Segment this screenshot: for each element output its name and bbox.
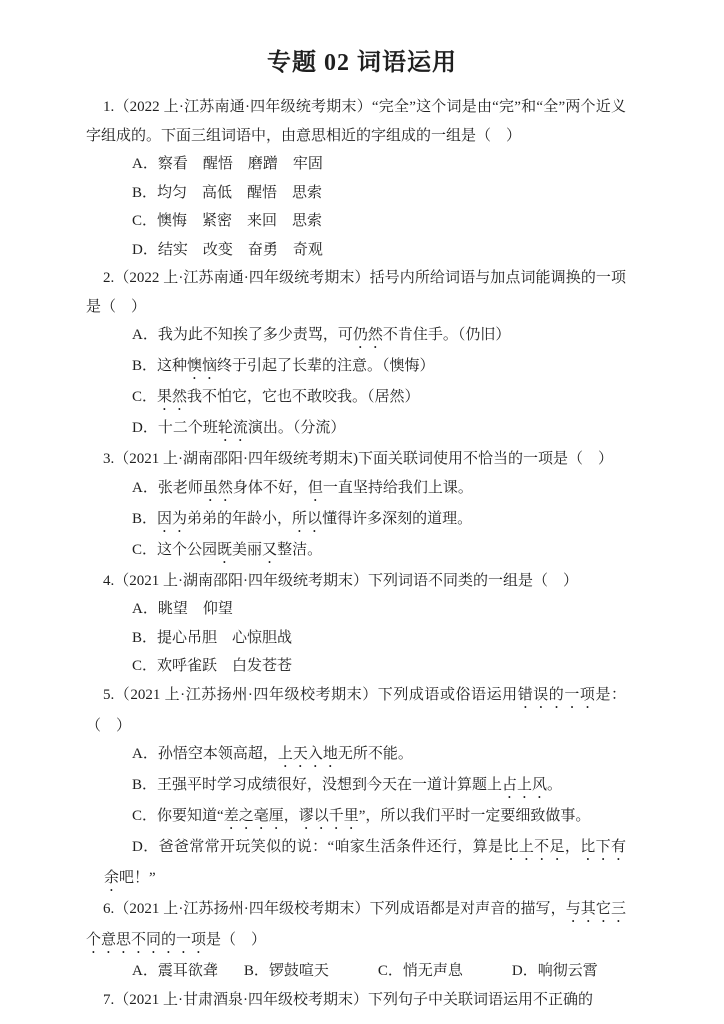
text-segment: 震耳欲聋 — [158, 963, 218, 979]
option-label: B． — [244, 963, 269, 979]
text-segment: 身体不好， — [233, 480, 308, 496]
text-segment: 3.（2021 上·湖南邵阳·四年级统考期末)下面关联词使用不恰当的一项是（ ） — [103, 451, 613, 467]
option-label: B． — [132, 185, 157, 201]
text-segment: 提心吊胆 心惊胆战 — [157, 630, 292, 646]
question-1-option-B: B．均匀 高低 醒悟 思索 — [86, 179, 626, 208]
emphasized-text: 错误的一项 — [518, 687, 596, 703]
text-segment: 张老师 — [158, 480, 203, 496]
text-segment: 这个公园 — [157, 542, 217, 558]
emphasized-text: 上天入地 — [278, 746, 338, 762]
emphasized-text: 轮流 — [218, 420, 248, 436]
text-segment: 弟弟的年龄小， — [187, 511, 292, 527]
option-label: C． — [132, 808, 157, 824]
text-segment: 我不怕它，它也不敢咬我。（居然） — [187, 389, 420, 405]
text-segment: 察看 醒悟 磨蹭 牢固 — [158, 156, 323, 172]
page-title: 专题 02 词语运用 — [0, 42, 724, 77]
question-1-header: 1.（2022 上·江苏南通·四年级统考期末）“完全”这个词是由“完”和“全”两… — [86, 93, 626, 150]
text-segment: 6.（2021 上·江苏扬州·四年级校考期末）下列成语都是对声音的描写， — [103, 901, 566, 917]
text-segment: 均匀 高低 醒悟 思索 — [157, 185, 322, 201]
option-label: A． — [132, 480, 158, 496]
question-4-option-A: A．眺望 仰望 — [86, 595, 626, 624]
question-5: 5.（2021 上·江苏扬州·四年级校考期末）下列成语或俗语运用错误的一项是：（… — [86, 681, 626, 896]
text-segment: 不肯住手。（仍旧） — [383, 327, 511, 343]
question-4-header: 4.（2021 上·湖南邵阳·四年级统考期末）下列词语不同类的一组是（ ） — [86, 567, 626, 596]
question-7: 7.（2021 上·甘肃酒泉·四年级校考期末）下列句子中关联词语运用不正确的 — [86, 986, 626, 1015]
question-1-option-A: A．察看 醒悟 磨蹭 牢固 — [86, 150, 626, 179]
text-segment: 爸爸常常开玩笑似的说：“咱家生活条件还行，算是 — [159, 839, 504, 855]
text-segment: 7.（2021 上·甘肃酒泉·四年级校考期末）下列句子中关联词语运用不正确的 — [103, 992, 593, 1008]
option-label: D． — [132, 242, 158, 258]
option-label: D． — [132, 839, 159, 855]
question-5-header: 5.（2021 上·江苏扬州·四年级校考期末）下列成语或俗语运用错误的一项是：（… — [86, 681, 626, 741]
option-label: C． — [132, 389, 157, 405]
option-label: A． — [132, 156, 158, 172]
emphasized-text: 因为 — [157, 511, 187, 527]
emphasized-text: 果然 — [157, 389, 187, 405]
option-label: A． — [132, 746, 158, 762]
question-6-option-C: C．悄无声息 — [378, 963, 463, 979]
text-segment: 整洁。 — [277, 542, 322, 558]
option-label: B． — [132, 511, 157, 527]
option-label: B． — [132, 630, 157, 646]
question-4: 4.（2021 上·湖南邵阳·四年级统考期末）下列词语不同类的一组是（ ）A．眺… — [86, 567, 626, 681]
text-segment: 演出。（分流） — [248, 420, 346, 436]
text-segment: ”，所以我们平时一定要细致做事。 — [359, 808, 591, 824]
text-segment: 懂得许多深刻的道理。 — [322, 511, 472, 527]
question-6-option-B: B．锣鼓喧天 — [244, 963, 329, 979]
text-segment: 锣鼓喧天 — [269, 963, 329, 979]
question-2-option-D: D．十二个班轮流演出。（分流） — [86, 414, 626, 445]
question-5-option-A: A．孙悟空本领高超，上天入地无所不能。 — [86, 740, 626, 771]
question-1-option-D: D．结实 改变 奋勇 奇观 — [86, 236, 626, 265]
text-segment: 一直坚持给我们上课。 — [323, 480, 473, 496]
question-6: 6.（2021 上·江苏扬州·四年级校考期末）下列成语都是对声音的描写，与其它三… — [86, 895, 626, 986]
text-segment: 十二个班 — [158, 420, 218, 436]
question-3: 3.（2021 上·湖南邵阳·四年级统考期末)下面关联词使用不恰当的一项是（ ）… — [86, 445, 626, 567]
question-2-option-B: B．这种懊恼终于引起了长辈的注意。（懊悔） — [86, 352, 626, 383]
question-1: 1.（2022 上·江苏南通·四年级统考期末）“完全”这个词是由“完”和“全”两… — [86, 93, 626, 264]
text-segment: 1.（2022 上·江苏南通·四年级统考期末）“完全”这个词是由“完”和“全”两… — [86, 99, 626, 144]
text-segment: 王强平时学习成绩很好，没想到今天在一道计算题上 — [157, 777, 502, 793]
text-segment: 这种 — [157, 358, 187, 374]
option-label: C． — [378, 963, 403, 979]
text-segment: 终于引起了长辈的注意。（懊悔） — [217, 358, 435, 374]
text-segment: 孙悟空本领高超， — [158, 746, 278, 762]
text-segment: 5.（2021 上·江苏扬州·四年级校考期末）下列成语或俗语运用 — [103, 687, 518, 703]
text-segment: 吧！” — [119, 870, 156, 886]
text-segment: 懊悔 紧密 来回 思索 — [157, 213, 322, 229]
question-5-option-D: D．爸爸常常开玩笑似的说：“咱家生活条件还行，算是比上不足，比下有余吧！” — [86, 833, 626, 895]
emphasized-text: 仍然 — [353, 327, 383, 343]
option-label: B． — [132, 777, 157, 793]
text-segment: 美丽 — [232, 542, 262, 558]
question-5-option-B: B．王强平时学习成绩很好，没想到今天在一道计算题上占上风。 — [86, 771, 626, 802]
text-segment: 4.（2021 上·湖南邵阳·四年级统考期末）下列词语不同类的一组是（ ） — [103, 573, 578, 589]
question-6-option-D: D．响彻云霄 — [512, 963, 598, 979]
question-3-option-C: C．这个公园既美丽又整洁。 — [86, 536, 626, 567]
option-label: C． — [132, 213, 157, 229]
emphasized-text: 又 — [262, 542, 277, 558]
text-segment: 是（ ） — [206, 932, 266, 948]
question-7-header: 7.（2021 上·甘肃酒泉·四年级校考期末）下列句子中关联词语运用不正确的 — [86, 986, 626, 1015]
question-6-header: 6.（2021 上·江苏扬州·四年级校考期末）下列成语都是对声音的描写，与其它三… — [86, 895, 626, 957]
text-segment: 2.（2022 上·江苏南通·四年级统考期末）括号内所给词语与加点词能调换的一项… — [86, 270, 626, 315]
emphasized-text: 但 — [308, 480, 323, 496]
exam-document-page: 专题 02 词语运用 1.（2022 上·江苏南通·四年级统考期末）“完全”这个… — [0, 0, 724, 1024]
option-label: C． — [132, 542, 157, 558]
text-segment: 。 — [547, 777, 562, 793]
option-label: A． — [132, 327, 158, 343]
option-label: A． — [132, 963, 158, 979]
questions-container: 1.（2022 上·江苏南通·四年级统考期末）“完全”这个词是由“完”和“全”两… — [86, 93, 626, 1014]
question-2-option-A: A．我为此不知挨了多少责骂，可仍然不肯住手。（仍旧） — [86, 321, 626, 352]
question-4-option-B: B．提心吊胆 心惊胆战 — [86, 624, 626, 653]
text-segment: 眺望 仰望 — [158, 601, 233, 617]
emphasized-text: 占上风 — [502, 777, 547, 793]
text-segment: 无所不能。 — [338, 746, 413, 762]
emphasized-text: 所以 — [292, 511, 322, 527]
option-label: B． — [132, 358, 157, 374]
text-segment: 结实 改变 奋勇 奇观 — [158, 242, 323, 258]
question-5-option-C: C．你要知道“差之毫厘，谬以千里”，所以我们平时一定要细致做事。 — [86, 802, 626, 833]
text-segment: 你要知道“ — [157, 808, 224, 824]
emphasized-text: 懊恼 — [187, 358, 217, 374]
text-segment: 欢呼雀跃 白发苍苍 — [157, 658, 292, 674]
question-2-header: 2.（2022 上·江苏南通·四年级统考期末）括号内所给词语与加点词能调换的一项… — [86, 264, 626, 321]
emphasized-text: 差之毫厘，谬以千里 — [224, 808, 359, 824]
question-3-option-A: A．张老师虽然身体不好，但一直坚持给我们上课。 — [86, 474, 626, 505]
option-label: C． — [132, 658, 157, 674]
question-3-option-B: B．因为弟弟的年龄小，所以懂得许多深刻的道理。 — [86, 505, 626, 536]
question-6-option-A: A．震耳欲聋 — [132, 963, 218, 979]
option-label: A． — [132, 601, 158, 617]
question-3-header: 3.（2021 上·湖南邵阳·四年级统考期末)下面关联词使用不恰当的一项是（ ） — [86, 445, 626, 474]
text-segment: 响彻云霄 — [538, 963, 598, 979]
question-4-option-C: C．欢呼雀跃 白发苍苍 — [86, 652, 626, 681]
question-2-option-C: C．果然我不怕它，它也不敢咬我。（居然） — [86, 383, 626, 414]
question-6-options-row: A．震耳欲聋B．锣鼓喧天C．悄无声息D．响彻云霄 — [86, 957, 626, 986]
emphasized-text: 既 — [217, 542, 232, 558]
text-segment: 我为此不知挨了多少责骂，可 — [158, 327, 353, 343]
option-label: D． — [512, 963, 538, 979]
question-1-option-C: C．懊悔 紧密 来回 思索 — [86, 207, 626, 236]
emphasized-text: 虽然 — [203, 480, 233, 496]
question-2: 2.（2022 上·江苏南通·四年级统考期末）括号内所给词语与加点词能调换的一项… — [86, 264, 626, 445]
text-segment: 悄无声息 — [403, 963, 463, 979]
option-label: D． — [132, 420, 158, 436]
